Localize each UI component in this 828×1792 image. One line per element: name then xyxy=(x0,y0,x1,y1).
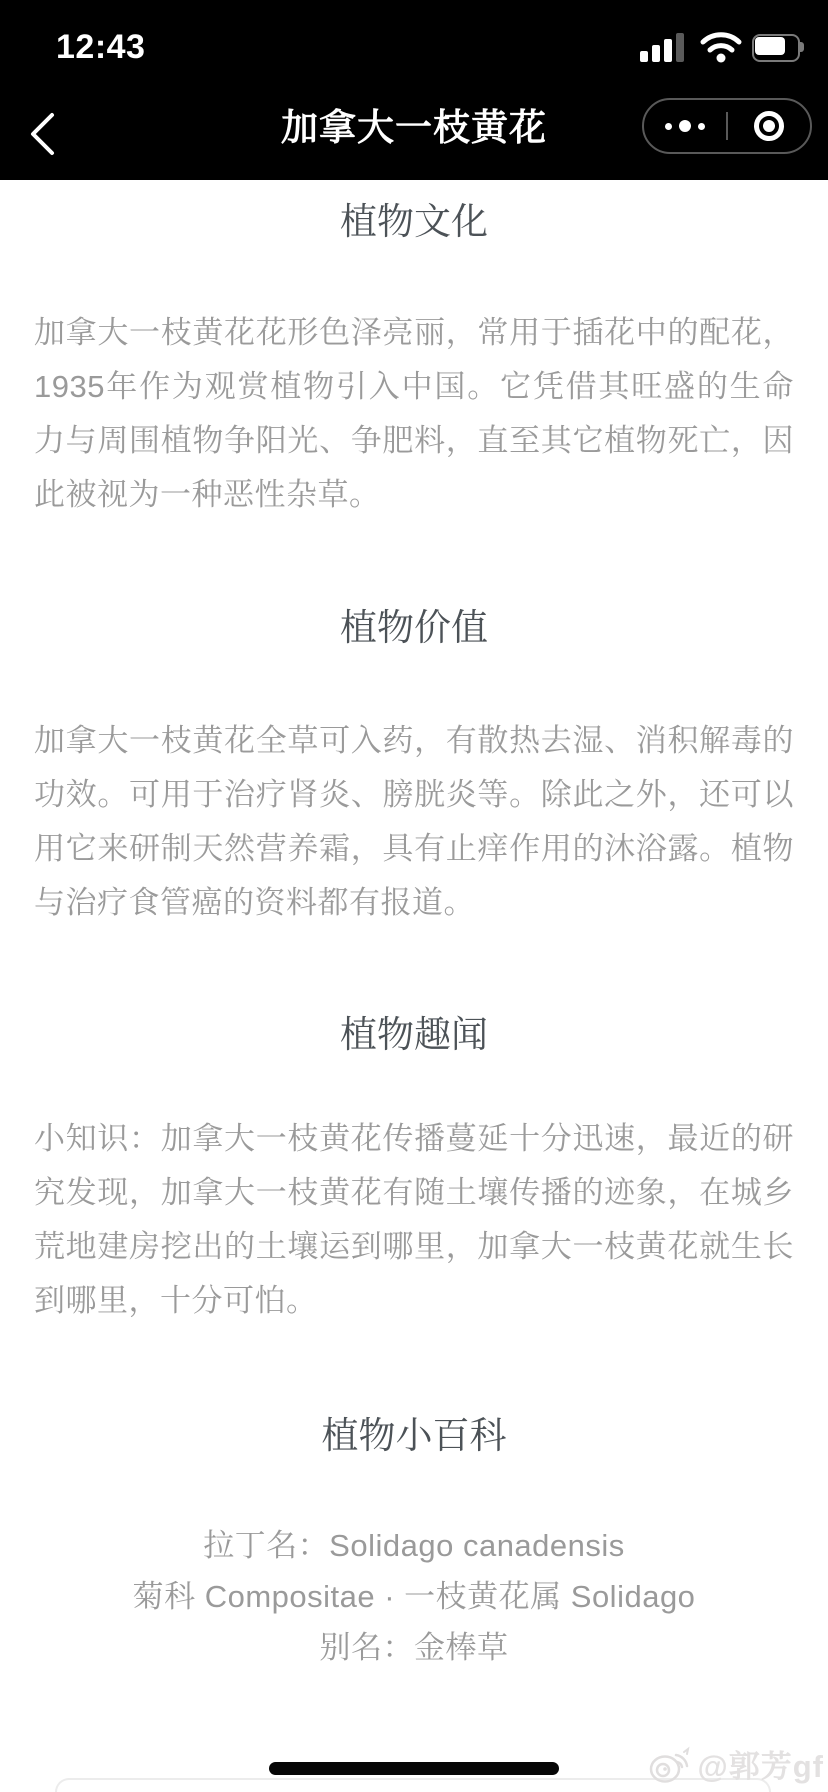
section-title-encyclopedia: 植物小百科 xyxy=(34,1416,794,1456)
mini-program-screen: 12:43 xyxy=(0,0,828,1792)
capsule-menu xyxy=(642,98,812,154)
section-body-value: 加拿大一枝黄花全草可入药，有散热去湿、消积解毒的功效。可用于治疗肾炎、膀胱炎等。… xyxy=(34,714,794,930)
section-title-value: 植物价值 xyxy=(34,608,794,648)
wifi-icon xyxy=(700,31,742,63)
article-scroll-area[interactable]: 植物文化 加拿大一枝黄花花形色泽亮丽，常用于插花中的配花，1935年作为观赏植物… xyxy=(0,180,828,1673)
section-title-trivia: 植物趣闻 xyxy=(34,1015,794,1055)
section-body-culture: 加拿大一枝黄花花形色泽亮丽，常用于插花中的配花，1935年作为观赏植物引入中国。… xyxy=(34,306,794,522)
alias-line: 别名：金棒草 xyxy=(34,1622,794,1673)
section-title-culture: 植物文化 xyxy=(34,202,794,242)
watermark: @郭芳gf xyxy=(646,1741,825,1786)
more-button[interactable] xyxy=(644,100,726,152)
family-genus-line: 菊科 Compositae · 一枝黄花属 Solidago xyxy=(34,1571,794,1622)
ellipsis-icon xyxy=(665,120,705,132)
latin-name-line: 拉丁名：Solidago canadensis xyxy=(34,1520,794,1571)
encyclopedia-facts: 拉丁名：Solidago canadensis 菊科 Compositae · … xyxy=(34,1520,794,1673)
exit-button[interactable] xyxy=(728,100,810,152)
section-body-trivia: 小知识：加拿大一枝黄花传播蔓延十分迅速，最近的研究发现，加拿大一枝黄花有随土壤传… xyxy=(34,1112,794,1328)
top-bars: 12:43 xyxy=(0,0,828,180)
home-indicator[interactable] xyxy=(269,1762,559,1775)
target-circle-icon xyxy=(754,111,784,141)
status-icons xyxy=(640,31,806,63)
weibo-logo-icon xyxy=(646,1743,692,1785)
nav-bar: 加拿大一枝黄花 xyxy=(0,88,828,180)
cellular-signal-icon xyxy=(640,32,690,62)
watermark-handle: @郭芳gf xyxy=(698,1741,825,1786)
battery-icon xyxy=(752,34,806,60)
status-time: 12:43 xyxy=(56,28,145,67)
status-bar: 12:43 xyxy=(0,0,828,88)
